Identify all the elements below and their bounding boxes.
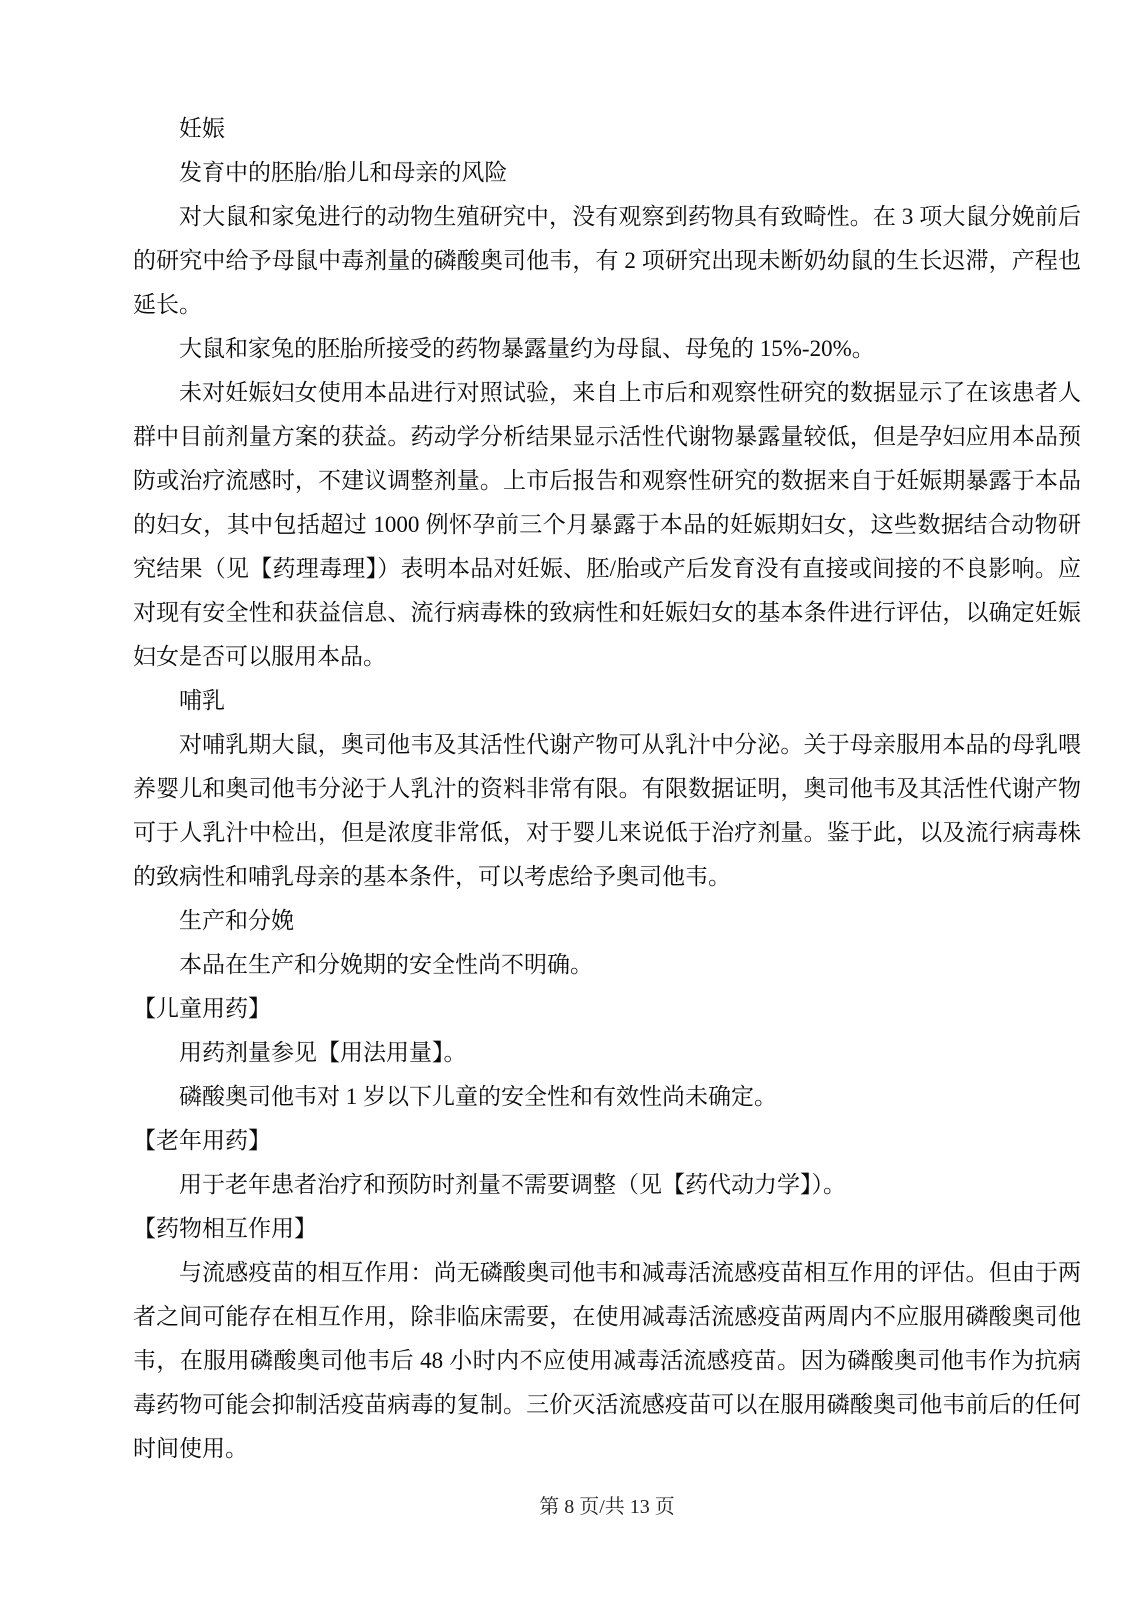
paragraph: 磷酸奥司他韦对 1 岁以下儿童的安全性和有效性尚未确定。 (133, 1075, 1081, 1119)
sub-heading: 发育中的胚胎/胎儿和母亲的风险 (133, 151, 1081, 195)
sub-heading: 妊娠 (133, 107, 1081, 151)
paragraph: 用药剂量参见【用法用量】。 (133, 1031, 1081, 1075)
document-page: 妊娠发育中的胚胎/胎儿和母亲的风险对大鼠和家兔进行的动物生殖研究中，没有观察到药… (0, 0, 1131, 1600)
paragraph: 对哺乳期大鼠，奥司他韦及其活性代谢产物可从乳汁中分泌。关于母亲服用本品的母乳喂养… (133, 723, 1081, 899)
page-footer: 第 8 页/共 13 页 (133, 1494, 1081, 1520)
sub-heading: 哺乳 (133, 679, 1081, 723)
section-heading: 【老年用药】 (133, 1119, 1081, 1163)
paragraph: 与流感疫苗的相互作用：尚无磷酸奥司他韦和减毒活流感疫苗相互作用的评估。但由于两者… (133, 1251, 1081, 1471)
section-heading: 【儿童用药】 (133, 987, 1081, 1031)
paragraph: 用于老年患者治疗和预防时剂量不需要调整（见【药代动力学】）。 (133, 1163, 1081, 1207)
paragraph: 大鼠和家兔的胚胎所接受的药物暴露量约为母鼠、母兔的 15%-20%。 (133, 327, 1081, 371)
paragraph: 未对妊娠妇女使用本品进行对照试验，来自上市后和观察性研究的数据显示了在该患者人群… (133, 371, 1081, 679)
paragraph: 对大鼠和家兔进行的动物生殖研究中，没有观察到药物具有致畸性。在 3 项大鼠分娩前… (133, 195, 1081, 327)
page-number-label: 第 8 页/共 13 页 (539, 1496, 675, 1518)
section-heading: 【药物相互作用】 (133, 1207, 1081, 1251)
paragraph: 本品在生产和分娩期的安全性尚不明确。 (133, 943, 1081, 987)
sub-heading: 生产和分娩 (133, 899, 1081, 943)
document-body: 妊娠发育中的胚胎/胎儿和母亲的风险对大鼠和家兔进行的动物生殖研究中，没有观察到药… (133, 107, 1081, 1471)
